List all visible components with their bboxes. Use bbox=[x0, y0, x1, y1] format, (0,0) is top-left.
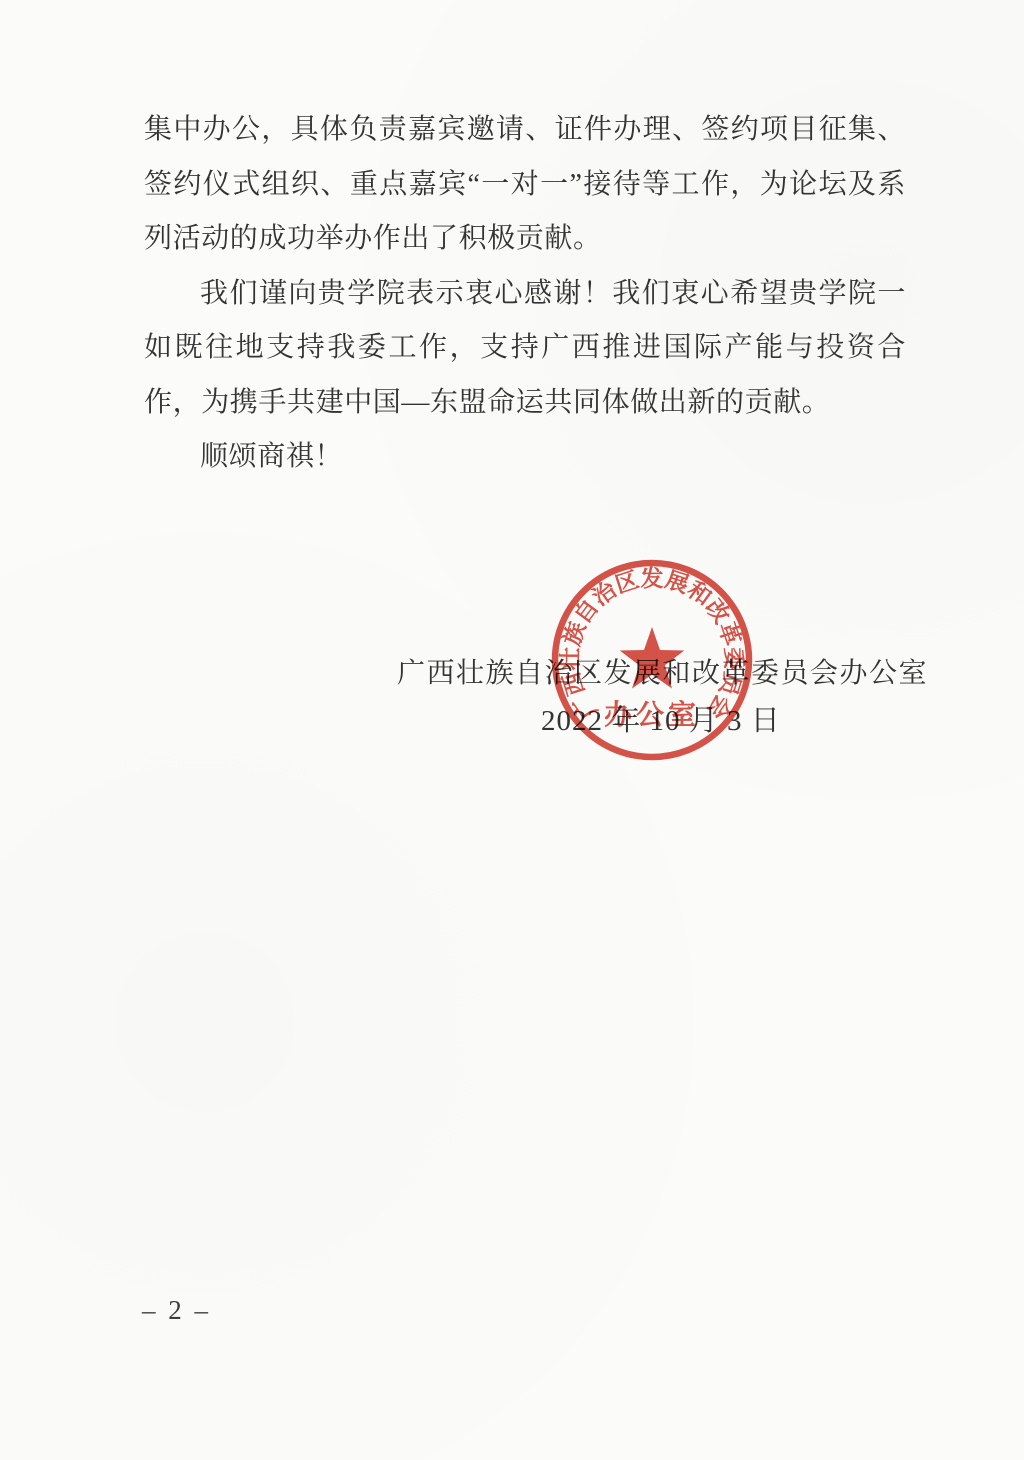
page-number: – 2 – bbox=[142, 1295, 211, 1326]
official-seal-graphic: 广西壮族自治区发展和改革委员会 办公室 bbox=[548, 556, 756, 764]
paragraph-continued: 集中办公，具体负责嘉宾邀请、证件办理、签约项目征集、签约仪式组织、重点嘉宾“一对… bbox=[144, 103, 906, 267]
closing-phrase: 顺颂商祺！ bbox=[144, 430, 906, 485]
scanned-letter-page: 集中办公，具体负责嘉宾邀请、证件办理、签约项目征集、签约仪式组织、重点嘉宾“一对… bbox=[0, 0, 1024, 1460]
official-seal: 广西壮族自治区发展和改革委员会 办公室 bbox=[548, 556, 756, 764]
seal-star-icon bbox=[620, 627, 685, 689]
letter-body: 集中办公，具体负责嘉宾邀请、证件办理、签约项目征集、签约仪式组织、重点嘉宾“一对… bbox=[144, 103, 906, 485]
paragraph-thanks: 我们谨向贵学院表示衷心感谢！我们衷心希望贵学院一如既往地支持我委工作，支持广西推… bbox=[144, 267, 906, 431]
seal-bottom-text: 办公室 bbox=[604, 699, 700, 731]
